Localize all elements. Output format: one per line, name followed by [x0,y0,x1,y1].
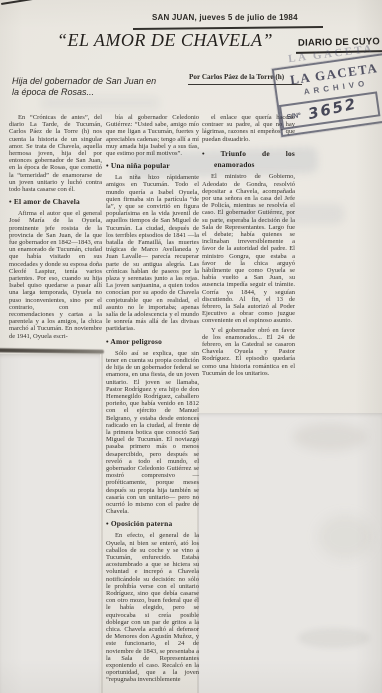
section-heading-amor-peligroso: • Amor peligroso [106,338,199,347]
newspaper-clipping: SAN JUAN, jueves 5 de julio de 1984 “EL … [0,0,382,693]
dateline: SAN JUAN, jueves 5 de julio de 1984 [152,13,298,22]
paper-stain [298,628,370,648]
paragraph: En efecto, el general de la Oyuela, ni b… [106,532,199,683]
paragraph: Sólo así se explica, que sin tener en cu… [106,350,199,516]
paper-stain [318,515,372,559]
stamp-serial-number: 3652 [307,94,360,123]
paragraph: El ministro de Gobierno, Adeodato de Gon… [202,173,295,324]
column-1: En “Crónicas de antes”, del diario La Ta… [9,114,102,342]
ink-bleed [40,96,160,110]
article-title: “EL AMOR DE CHAVELA” [57,30,273,51]
paragraph: Afirma el autor que el general José Marí… [9,210,102,340]
column-2: bía al gobernador Celedonio Gutiérrez: “… [106,114,199,686]
section-heading-triunfo-enamorados: • Triunfo de los enamorados [202,148,295,170]
clipping-cut-edge [101,354,103,693]
paragraph: bía al gobernador Celedonio Gutiérrez: “… [106,114,199,157]
pen-line [1,0,39,5]
section-heading-oposicion-paterna: • Oposición paterna [106,520,199,529]
backing-paper [0,354,100,693]
paragraph: En “Crónicas de antes”, del diario La Ta… [9,114,102,193]
section-heading-nina-popular: • Una niña popular [106,162,199,171]
dateline-rule [133,26,323,29]
byline: Por Carlos Páez de la Torre (h) [189,73,284,81]
paragraph: La niña hizo rápidamente amigos en Tucum… [106,174,199,332]
paper-stain [293,423,367,451]
column-3: el enlace que quería hacerle contraer su… [202,114,295,379]
paragraph: Y el gobernador obró en favor de los ena… [202,327,295,377]
article-subtitle: Hija del gobernador de San Juan en la ép… [12,76,162,98]
section-heading-amor-de-chavela: • El amor de Chavela [9,198,102,207]
stamp-serial-label: S/Nº [286,112,301,121]
tear-mark [0,348,104,353]
